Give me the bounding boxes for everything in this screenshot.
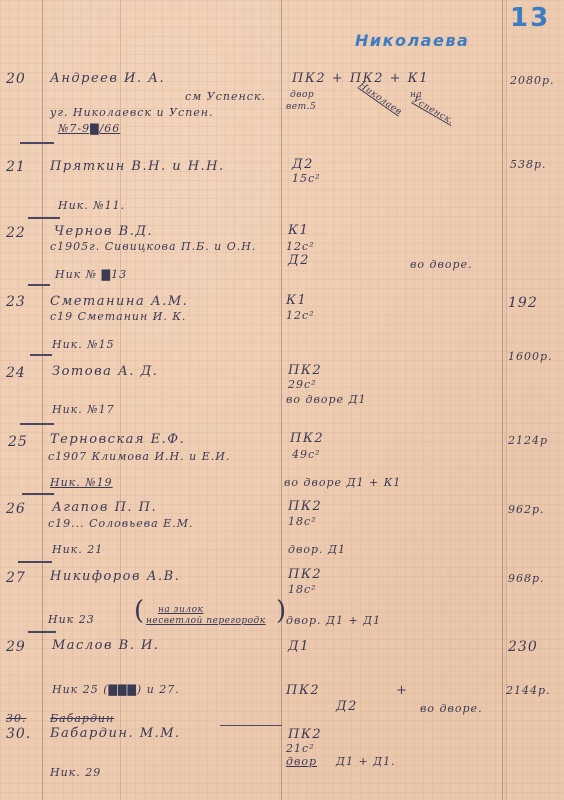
entry-number: 25 [8, 435, 28, 449]
reference-note: несветлой перегородк [146, 614, 266, 628]
premises-note: двор. Д1 + Д1 [286, 614, 381, 628]
reference-number: Ник. №11. [58, 199, 125, 213]
premises-area: 18с² [288, 583, 317, 597]
premises: ПК2 [288, 568, 322, 582]
reference-number: Ник. №19 [50, 476, 113, 490]
owner-note: с19... Соловьева Е.М. [48, 517, 193, 531]
premises: ПК2 [288, 728, 322, 742]
reference-number: №7-9▇/66 [58, 122, 120, 136]
entry-divider [18, 561, 52, 563]
premises-note: во дворе. [410, 258, 473, 272]
premises-secondary: Д2 [288, 254, 310, 268]
premises-note-yard: двор [286, 755, 317, 769]
premises: ПК2 [288, 500, 322, 514]
entry-divider [28, 217, 60, 219]
amount: 538р. [510, 158, 547, 172]
entry-number: 22 [6, 226, 26, 240]
entry-number: 24 [6, 366, 26, 380]
reference-number: Ник. 29 [50, 766, 101, 780]
entry-number: 29 [6, 640, 26, 654]
reference-number: Ник. №17 [52, 403, 115, 417]
amount: 230 [508, 640, 538, 654]
premises: Д1 [288, 640, 310, 654]
owner-name: Сметанина А.М. [50, 295, 188, 309]
reference-number: Ник 23 [48, 613, 95, 627]
entry-divider [30, 354, 52, 356]
owner-name: Зотова А. Д. [52, 365, 158, 379]
amount: 962р. [508, 503, 545, 517]
entry-number-struck: 30. [6, 712, 27, 726]
plus-sign: + [396, 684, 408, 698]
column-rule-premises [281, 0, 282, 800]
owner-address: уг. Николаевск и Успен. [50, 106, 214, 120]
amount: 192 [508, 296, 538, 310]
entry-divider [220, 725, 282, 726]
premises-area: 18с² [288, 515, 317, 529]
premises-note: во дворе. [420, 702, 483, 716]
premises: ПК2 [290, 432, 324, 446]
owner-name-struck: Бабардин [50, 712, 114, 726]
premises-note: во дворе Д1 + К1 [284, 476, 401, 490]
entry-number: 27 [6, 571, 26, 585]
amount: 2124р [508, 434, 548, 448]
entry-divider [28, 631, 56, 633]
reference-number: Ник. 21 [52, 543, 103, 557]
reference-number: Ник 25 (▇▇▇) и 27. [52, 683, 180, 697]
owner-note: с1905г. Сивицкова П.Б. и О.Н. [50, 240, 256, 254]
owner-name: Никифоров А.В. [50, 570, 180, 584]
premises-secondary: ПК2 [286, 684, 320, 698]
premises-area: 49с² [292, 448, 321, 462]
owner-note: см Успенск. [185, 90, 266, 104]
parenthesis-open: ( [134, 604, 146, 618]
ledger-page: 13 Николаева 20 Андреев И. А. см Успенск… [0, 0, 564, 800]
entry-number: 20 [6, 72, 26, 86]
premises-note: Успенск. [410, 93, 457, 128]
premises-area: 12с² [286, 309, 315, 323]
amount: 968р. [508, 572, 545, 586]
column-rule-number [42, 0, 43, 800]
entry-number: 30. [6, 727, 31, 741]
premises-note: во дворе Д1 [286, 393, 367, 407]
entry-number: 26 [6, 502, 26, 516]
owner-name: Терновская Е.Ф. [50, 433, 185, 447]
owner-note: с1907 Климова И.Н. и Е.И. [48, 450, 230, 464]
entry-number: 23 [6, 295, 26, 309]
street-header: Николаева [355, 32, 469, 50]
premises: ПК2 [288, 364, 322, 378]
page-number: 13 [510, 4, 550, 32]
amount: 2080р. [510, 74, 555, 88]
grid-rule [120, 0, 121, 800]
owner-name: Пряткин В.Н. и Н.Н. [50, 160, 225, 174]
owner-name: Агапов П. П. [52, 501, 157, 515]
premises-note: вет.5 [286, 100, 316, 114]
premises-area: 29с² [288, 378, 317, 392]
amount: 1600р. [508, 350, 553, 364]
owner-name: Чернов В.Д. [54, 225, 153, 239]
premises-tertiary: Д2 [336, 700, 358, 714]
column-rule-amount-double [506, 0, 507, 800]
reference-number: Ник № ▇13 [55, 268, 127, 282]
premises: К1 [288, 224, 309, 238]
premises: Д2 [292, 158, 314, 172]
owner-name: Бабардин. М.М. [50, 727, 181, 741]
entry-number: 21 [6, 160, 26, 174]
premises-area: 21с² [286, 742, 315, 756]
owner-note: с19 Сметанин И. К. [50, 310, 186, 324]
entry-divider [20, 423, 54, 425]
amount-secondary: 2144р. [506, 684, 551, 698]
premises-note: Д1 + Д1. [336, 755, 396, 769]
premises: К1 [286, 294, 307, 308]
premises-area: 12с² [286, 240, 315, 254]
premises-note: двор. Д1 [288, 543, 346, 557]
owner-name: Андреев И. А. [50, 72, 165, 86]
reference-number: Ник. №15 [52, 338, 115, 352]
entry-divider [28, 284, 50, 286]
entry-divider [20, 142, 54, 144]
column-rule-amount [502, 0, 503, 800]
owner-name: Маслов В. И. [52, 639, 159, 653]
entry-divider [22, 493, 54, 495]
premises-area: 15с² [292, 172, 321, 186]
